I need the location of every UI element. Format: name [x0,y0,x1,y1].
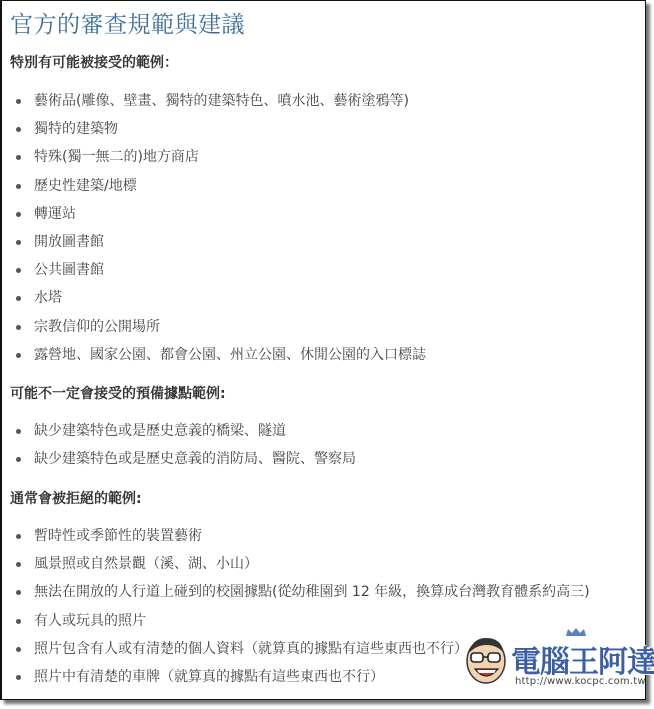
document-frame: 官方的審查規範與建議 特別有可能被接受的範例： 藝術品(雕像、壁畫、獨特的建築特… [0,0,646,700]
bullet-icon [16,590,21,595]
watermark-url: http://www.kocpc.com.tw [515,676,646,687]
bullet-icon [16,325,21,330]
bullet-icon [16,647,21,652]
bullet-icon [16,184,21,189]
list-item: 風景照或自然景觀（溪、湖、小山） [2,550,590,578]
page-title: 官方的審查規範與建議 [10,6,245,39]
list-item: 獨特的建築物 [2,115,426,143]
list-item: 轉運站 [2,200,426,228]
watermark-brand: 電腦王阿達 [511,637,654,681]
bullet-icon [16,429,21,434]
list-item: 缺少建築特色或是歷史意義的消防局、醫院、警察局 [2,445,356,473]
section-heading-maybe-accepted: 可能不一定會接受的預備據點範例: [10,383,226,403]
bullet-icon [16,353,21,358]
bullet-icon [16,155,21,160]
list-item: 歷史性建築/地標 [2,172,426,200]
list-maybe-accepted: 缺少建築特色或是歷史意義的橋梁、隧道 缺少建築特色或是歷史意義的消防局、醫院、警… [2,417,356,473]
bullet-icon [16,619,21,624]
list-item: 公共圖書館 [2,256,426,284]
section-heading-likely-accepted: 特別有可能被接受的範例： [10,52,178,72]
list-item: 水塔 [2,284,426,312]
bullet-icon [16,127,21,132]
bullet-icon [16,675,21,680]
list-item: 宗教信仰的公開場所 [2,313,426,341]
mascot-face-icon [463,633,509,687]
section-heading-usually-rejected: 通常會被拒絕的範例: [10,488,142,508]
bullet-icon [16,562,21,567]
bullet-icon [16,268,21,273]
bullet-icon [16,534,21,539]
crown-icon [565,627,587,637]
list-item: 藝術品(雕像、壁畫、獨特的建築特色、噴水池、藝術塗鴉等) [2,87,426,115]
bullet-icon [16,296,21,301]
bullet-icon [16,457,21,462]
watermark: 電腦王阿達 http://www.kocpc.com.tw [461,627,641,693]
list-item: 特殊(獨一無二的)地方商店 [2,143,426,171]
list-likely-accepted: 藝術品(雕像、壁畫、獨特的建築特色、噴水池、藝術塗鴉等) 獨特的建築物 特殊(獨… [2,87,426,369]
bullet-icon [16,240,21,245]
bullet-icon [16,99,21,104]
list-item: 露營地、國家公園、都會公園、州立公園、休閒公園的入口標誌 [2,341,426,369]
list-item: 開放圖書館 [2,228,426,256]
list-item: 無法在開放的人行道上碰到的校園據點(從幼稚園到 12 年級，換算成台灣教育體系約… [2,578,590,606]
list-item: 暫時性或季節性的裝置藝術 [2,522,590,550]
list-item: 缺少建築特色或是歷史意義的橋梁、隧道 [2,417,356,445]
bullet-icon [16,212,21,217]
